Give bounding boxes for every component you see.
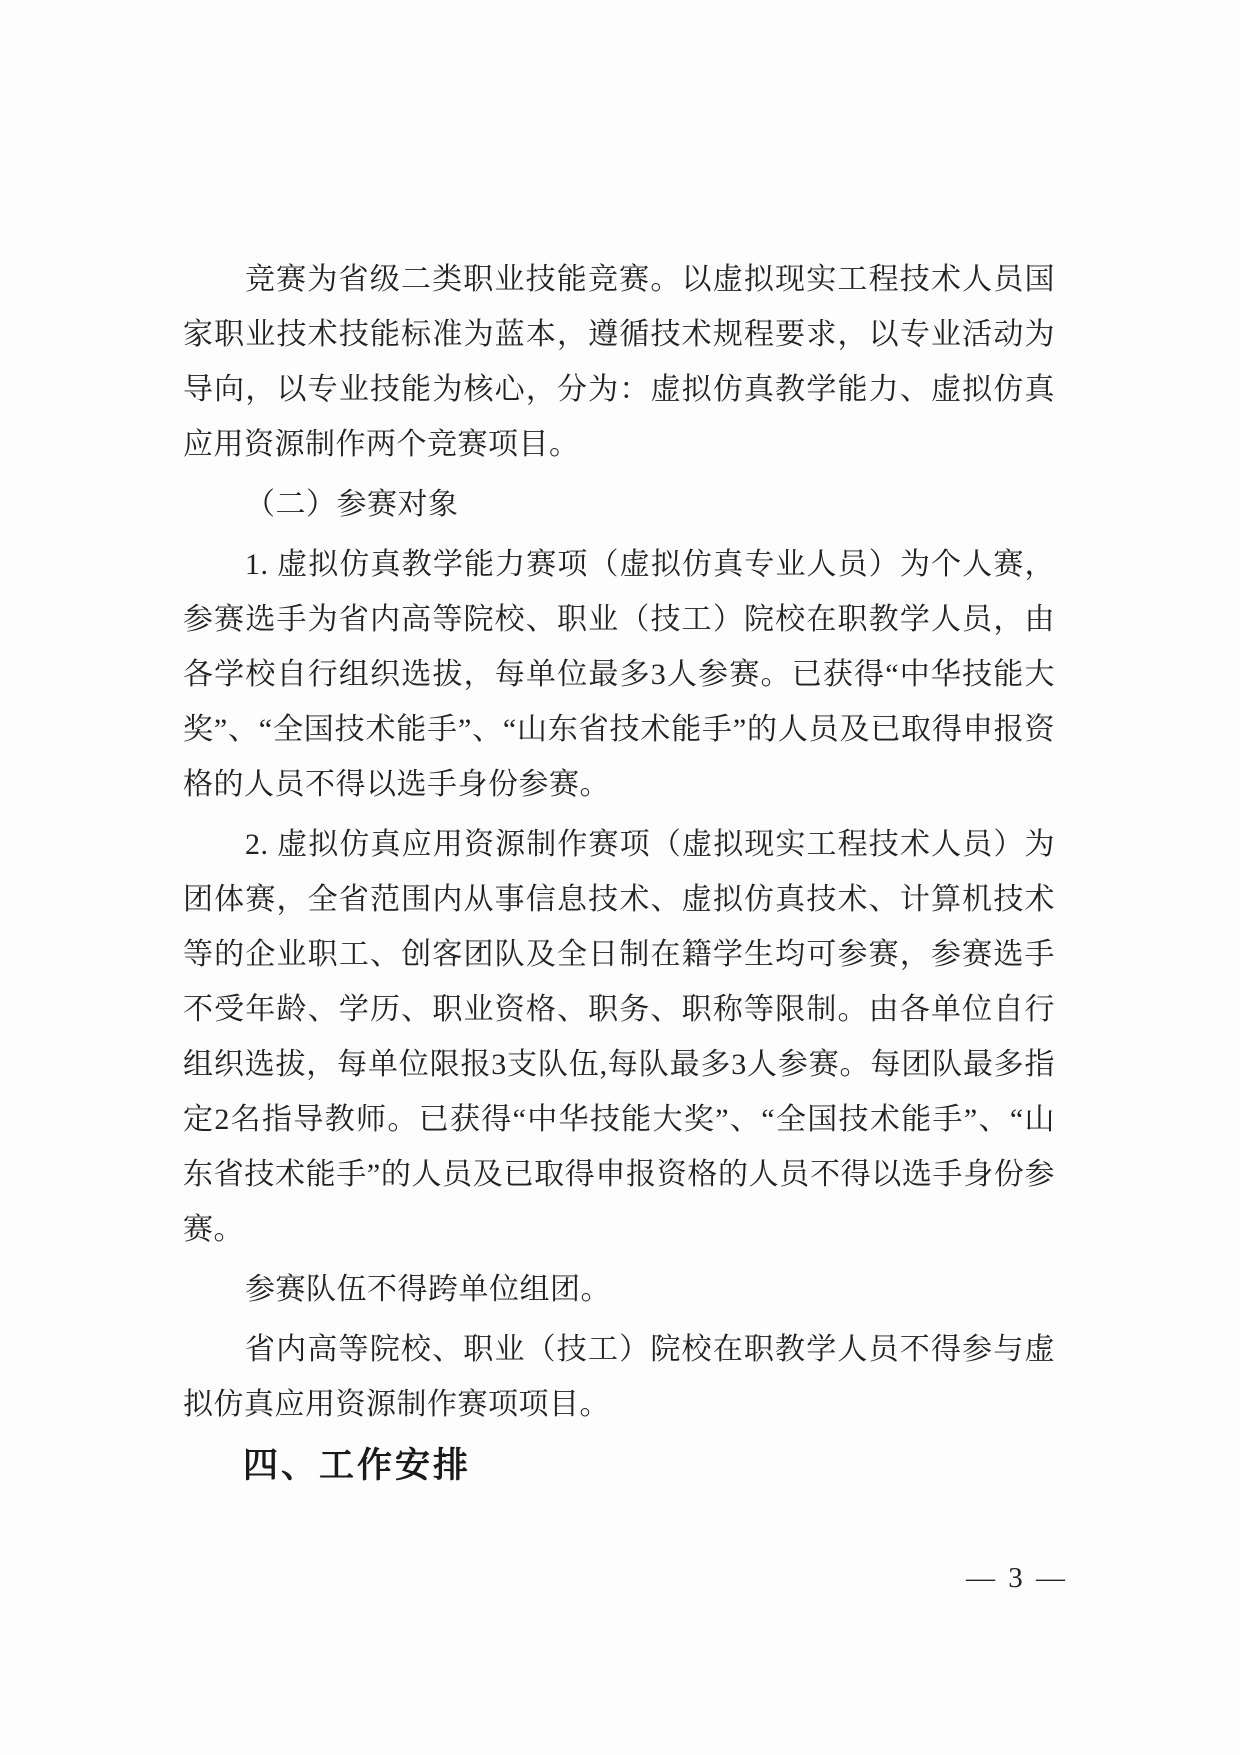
document-page: 竞赛为省级二类职业技能竞赛。以虚拟现实工程技术人员国家职业技术技能标准为蓝本，遵… [0,0,1240,1755]
paragraph-event1-individual: 1. 虚拟仿真教学能力赛项（虚拟仿真专业人员）为个人赛，参赛选手为省内高等院校、… [183,537,1055,812]
paragraph-competition-intro: 竞赛为省级二类职业技能竞赛。以虚拟现实工程技术人员国家职业技术技能标准为蓝本，遵… [183,252,1055,472]
section-heading-work-arrangement: 四、工作安排 [183,1436,1055,1496]
page-number: — 3 — [966,1562,1068,1595]
paragraph-event2-team: 2. 虚拟仿真应用资源制作赛项（虚拟现实工程技术人员）为团体赛，全省范围内从事信… [183,817,1055,1257]
section-heading-participants: （二）参赛对象 [183,477,1055,532]
paragraph-teacher-restriction: 省内高等院校、职业（技工）院校在职教学人员不得参与虚拟仿真应用资源制作赛项项目。 [183,1322,1055,1432]
document-body: 竞赛为省级二类职业技能竞赛。以虚拟现实工程技术人员国家职业技术技能标准为蓝本，遵… [183,252,1055,1496]
paragraph-no-cross-unit-teams: 参赛队伍不得跨单位组团。 [183,1262,1055,1317]
